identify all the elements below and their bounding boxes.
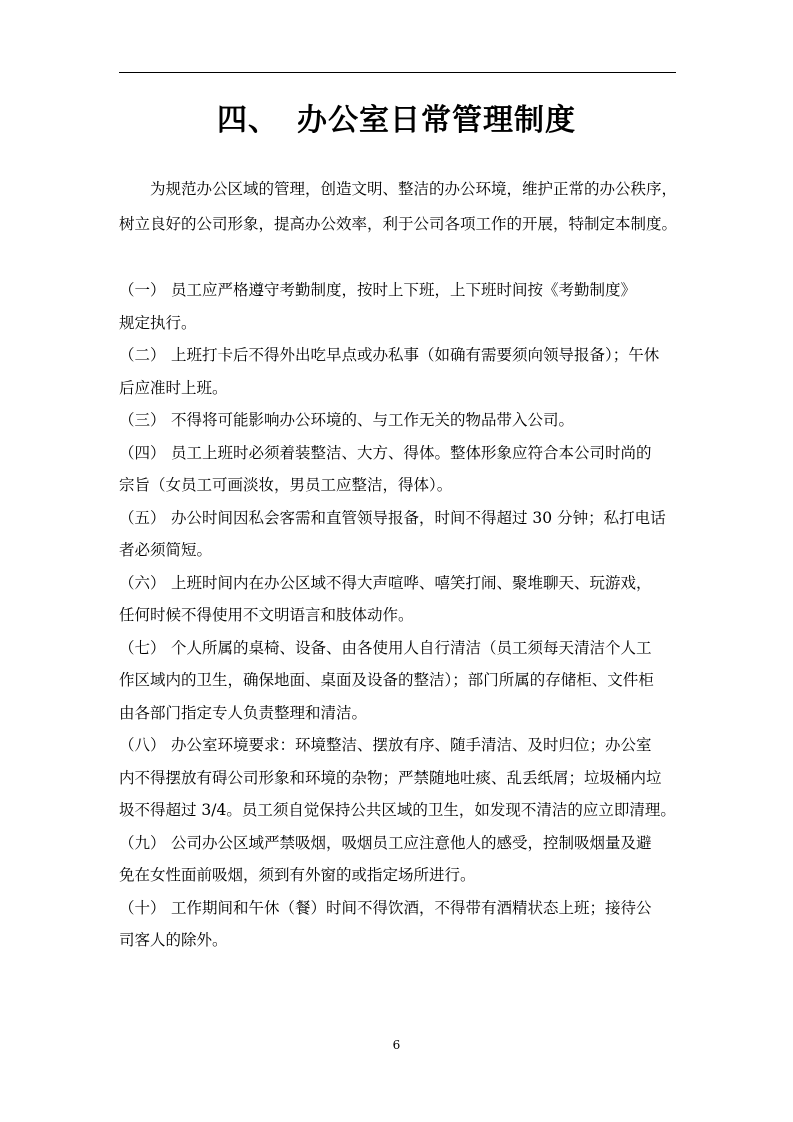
intro-line: 树立良好的公司形象，提高办公效率，利于公司各项工作的开展，特制定本制度。 — [119, 207, 676, 242]
rule-text: 公司办公区域严禁吸烟，吸烟员工应注意他人的感受，控制吸烟量及避 — [171, 834, 652, 852]
rule-text: 后应准时上班。 — [119, 379, 228, 397]
rule-text: 圾不得超过 3/4。员工须自觉保持公共区域的卫生，如发现不清洁的应立即清理。 — [119, 801, 676, 819]
rule-line: 后应准时上班。 — [119, 372, 676, 405]
rule-number: （三） — [119, 404, 171, 437]
rule-item: （三）不得将可能影响办公环境的、与工作无关的物品带入公司。 — [119, 404, 676, 437]
rule-item: （六）上班时间内在办公区域不得大声喧哗、嘻笑打闹、聚堆聊天、玩游戏，任何时候不得… — [119, 567, 676, 632]
header-rule — [119, 72, 676, 73]
rule-text: 不得将可能影响办公环境的、与工作无关的物品带入公司。 — [171, 411, 574, 429]
rule-text: 任何时候不得使用不文明语言和肢体动作。 — [119, 606, 414, 624]
rule-line: 作区域内的卫生，确保地面、桌面及设备的整洁）；部门所属的存储柜、文件柜 — [119, 664, 676, 697]
rule-text: 作区域内的卫生，确保地面、桌面及设备的整洁）；部门所属的存储柜、文件柜 — [119, 671, 654, 689]
rule-line: （一）员工应严格遵守考勤制度，按时上下班，上下班时间按《考勤制度》 — [119, 274, 676, 307]
rule-text: 者必须简短。 — [119, 541, 212, 559]
rule-line: 者必须简短。 — [119, 534, 676, 567]
rule-line: （十）工作期间和午休（餐）时间不得饮酒，不得带有酒精状态上班；接待公 — [119, 892, 676, 925]
rule-text: 由各部门指定专人负责整理和清洁。 — [119, 704, 367, 722]
rule-number: （一） — [119, 274, 171, 307]
rule-item: （二）上班打卡后不得外出吃早点或办私事（如确有需要须向领导报备）；午休后应准时上… — [119, 339, 676, 404]
rule-line: （六）上班时间内在办公区域不得大声喧哗、嘻笑打闹、聚堆聊天、玩游戏， — [119, 567, 676, 600]
title-text: 办公室日常管理制度 — [297, 103, 576, 138]
rule-text: 规定执行。 — [119, 314, 197, 332]
page-title: 四、办公室日常管理制度 — [0, 98, 793, 144]
page-number: 6 — [0, 1038, 793, 1052]
rule-line: （五）办公时间因私会客需和直管领导报备，时间不得超过 30 分钟；私打电话 — [119, 502, 676, 535]
rule-line: 免在女性面前吸烟，须到有外窗的或指定场所进行。 — [119, 859, 676, 892]
rule-number: （七） — [119, 632, 171, 665]
rule-item: （九）公司办公区域严禁吸烟，吸烟员工应注意他人的感受，控制吸烟量及避免在女性面前… — [119, 827, 676, 892]
rule-line: （四）员工上班时必须着装整洁、大方、得体。整体形象应符合本公司时尚的 — [119, 437, 676, 470]
rule-text: 个人所属的桌椅、设备、由各使用人自行清洁（员工须每天清洁个人工 — [171, 639, 652, 657]
rule-number: （四） — [119, 437, 171, 470]
rule-item: （一）员工应严格遵守考勤制度，按时上下班，上下班时间按《考勤制度》规定执行。 — [119, 274, 676, 339]
rule-number: （二） — [119, 339, 171, 372]
rules-list: （一）员工应严格遵守考勤制度，按时上下班，上下班时间按《考勤制度》规定执行。（二… — [119, 274, 676, 957]
rule-text: 免在女性面前吸烟，须到有外窗的或指定场所进行。 — [119, 866, 476, 884]
rule-number: （九） — [119, 827, 171, 860]
rule-text: 司客人的除外。 — [119, 931, 228, 949]
rule-text: 工作期间和午休（餐）时间不得饮酒，不得带有酒精状态上班；接待公 — [171, 899, 652, 917]
rule-line: 内不得摆放有碍公司形象和环境的杂物；严禁随地吐痰、乱丢纸屑；垃圾桶内垃 — [119, 762, 676, 795]
rule-number: （十） — [119, 892, 171, 925]
rule-text: 员工应严格遵守考勤制度，按时上下班，上下班时间按《考勤制度》 — [171, 281, 636, 299]
rule-line: 规定执行。 — [119, 307, 676, 340]
rule-number: （八） — [119, 729, 171, 762]
intro-paragraph: 为规范办公区域的管理，创造文明、整洁的办公环境，维护正常的办公秩序， 树立良好的… — [119, 172, 676, 242]
rule-line: （九）公司办公区域严禁吸烟，吸烟员工应注意他人的感受，控制吸烟量及避 — [119, 827, 676, 860]
rule-item: （八）办公室环境要求：环境整洁、摆放有序、随手清洁、及时归位；办公室内不得摆放有… — [119, 729, 676, 827]
rule-text: 上班时间内在办公区域不得大声喧哗、嘻笑打闹、聚堆聊天、玩游戏， — [171, 574, 652, 592]
rule-line: 司客人的除外。 — [119, 924, 676, 957]
rule-line: （八）办公室环境要求：环境整洁、摆放有序、随手清洁、及时归位；办公室 — [119, 729, 676, 762]
rule-line: 由各部门指定专人负责整理和清洁。 — [119, 697, 676, 730]
rule-text: 办公时间因私会客需和直管领导报备，时间不得超过 30 分钟；私打电话 — [171, 509, 666, 527]
rule-text: 办公室环境要求：环境整洁、摆放有序、随手清洁、及时归位；办公室 — [171, 736, 652, 754]
rule-text: 内不得摆放有碍公司形象和环境的杂物；严禁随地吐痰、乱丢纸屑；垃圾桶内垃 — [119, 769, 662, 787]
title-number: 四、 — [217, 98, 269, 144]
rule-line: （七）个人所属的桌椅、设备、由各使用人自行清洁（员工须每天清洁个人工 — [119, 632, 676, 665]
rule-item: （十）工作期间和午休（餐）时间不得饮酒，不得带有酒精状态上班；接待公司客人的除外… — [119, 892, 676, 957]
rule-line: （二）上班打卡后不得外出吃早点或办私事（如确有需要须向领导报备）；午休 — [119, 339, 676, 372]
rule-text: 上班打卡后不得外出吃早点或办私事（如确有需要须向领导报备）；午休 — [171, 346, 659, 364]
rule-item: （七）个人所属的桌椅、设备、由各使用人自行清洁（员工须每天清洁个人工作区域内的卫… — [119, 632, 676, 730]
rule-line: 任何时候不得使用不文明语言和肢体动作。 — [119, 599, 676, 632]
rule-text: 员工上班时必须着装整洁、大方、得体。整体形象应符合本公司时尚的 — [171, 444, 652, 462]
intro-line: 为规范办公区域的管理，创造文明、整洁的办公环境，维护正常的办公秩序， — [119, 172, 676, 207]
rule-line: （三）不得将可能影响办公环境的、与工作无关的物品带入公司。 — [119, 404, 676, 437]
rule-text: 宗旨（女员工可画淡妆，男员工应整洁，得体）。 — [119, 476, 452, 494]
rule-item: （五）办公时间因私会客需和直管领导报备，时间不得超过 30 分钟；私打电话者必须… — [119, 502, 676, 567]
rule-line: 宗旨（女员工可画淡妆，男员工应整洁，得体）。 — [119, 469, 676, 502]
rule-item: （四）员工上班时必须着装整洁、大方、得体。整体形象应符合本公司时尚的宗旨（女员工… — [119, 437, 676, 502]
rule-number: （五） — [119, 502, 171, 535]
rule-number: （六） — [119, 567, 171, 600]
rule-line: 圾不得超过 3/4。员工须自觉保持公共区域的卫生，如发现不清洁的应立即清理。 — [119, 794, 676, 827]
